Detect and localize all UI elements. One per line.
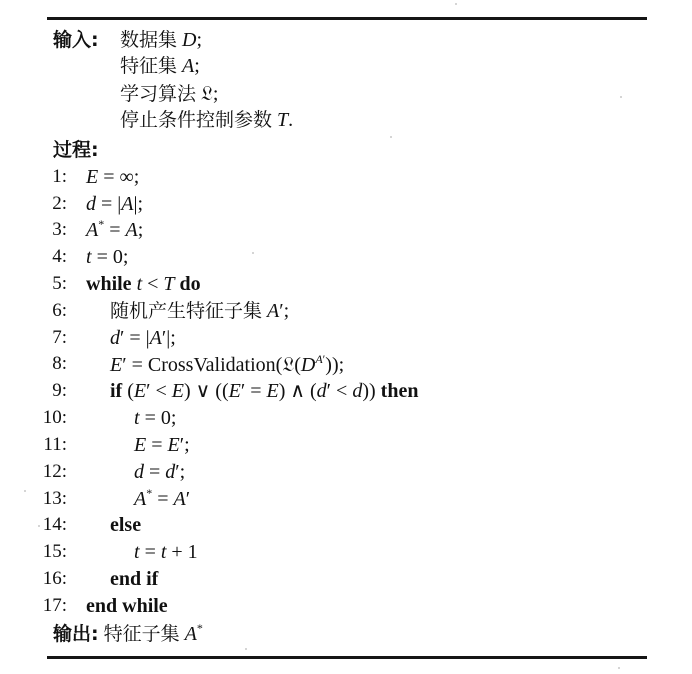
- line-code: d = |A|;: [86, 191, 143, 217]
- input-label: 输入:: [53, 29, 99, 51]
- algorithm-line-17: 17: end while: [0, 593, 692, 619]
- scan-speck: [390, 136, 392, 138]
- output-text: 特征子集: [104, 623, 180, 645]
- line-code: E′ = CrossValidation(𝔏(DA′));: [110, 351, 344, 378]
- line-code: else: [110, 512, 141, 538]
- line-code: end while: [86, 593, 168, 619]
- line-code: end if: [110, 566, 158, 592]
- line-code: d = d′;: [134, 459, 185, 485]
- bottom-rule: [47, 656, 647, 659]
- top-rule: [47, 17, 647, 20]
- input-row-1: 输入:: [53, 27, 99, 53]
- output-label: 输出:: [53, 623, 99, 645]
- scan-speck: [24, 490, 26, 492]
- scan-speck: [245, 648, 247, 650]
- output-row: 输出: 特征子集 A*: [53, 621, 203, 647]
- line-code: t = 0;: [86, 244, 128, 270]
- algorithm-line-15: 15: t = t + 1: [0, 539, 692, 565]
- scan-speck: [620, 96, 622, 98]
- line-code: t = t + 1: [134, 539, 198, 565]
- line-code: E = ∞;: [86, 164, 139, 190]
- scan-speck: [455, 3, 457, 5]
- algorithm-line-4: 4: t = 0;: [0, 244, 692, 270]
- algorithm-line-12: 12: d = d′;: [0, 459, 692, 485]
- input-item-learning-algorithm: 学习算法 𝔏;: [120, 80, 218, 106]
- algorithm-line-3: 3: A* = A;: [0, 217, 692, 243]
- line-code: E = E′;: [134, 432, 190, 458]
- line-code: 随机产生特征子集 A′;: [110, 298, 289, 324]
- input-item-stop-parameter: 停止条件控制参数 T.: [120, 107, 293, 133]
- input-item-featureset: 特征集 A;: [120, 53, 200, 79]
- algorithm-line-2: 2: d = |A|;: [0, 191, 692, 217]
- algorithm-line-9: 9: if (E′ < E) ∨ ((E′ = E) ∧ (d′ < d)) t…: [0, 378, 692, 404]
- algorithm-line-1: 1: E = ∞;: [0, 164, 692, 190]
- line-code: A* = A′: [134, 486, 190, 512]
- scan-speck: [38, 525, 40, 527]
- line-code: t = 0;: [134, 405, 176, 431]
- process-heading: 过程:: [53, 137, 99, 163]
- algorithm-line-5: 5: while t < T do: [0, 271, 692, 297]
- algorithm-line-6: 6: 随机产生特征子集 A′;: [0, 298, 692, 324]
- line-code: if (E′ < E) ∨ ((E′ = E) ∧ (d′ < d)) then: [110, 378, 418, 404]
- algorithm-line-8: 8: E′ = CrossValidation(𝔏(DA′));: [0, 351, 692, 377]
- input-item-dataset: 数据集 D;: [120, 27, 202, 53]
- line-code: A* = A;: [86, 217, 143, 243]
- line-code: while t < T do: [86, 271, 201, 297]
- scan-speck: [618, 667, 620, 669]
- line-code: d′ = |A′|;: [110, 325, 176, 351]
- output-symbol: A: [185, 623, 197, 645]
- scan-speck: [252, 252, 254, 254]
- algorithm-line-11: 11: E = E′;: [0, 432, 692, 458]
- algorithm-line-16: 16: end if: [0, 566, 692, 592]
- algorithm-line-10: 10: t = 0;: [0, 405, 692, 431]
- algorithm-line-13: 13: A* = A′: [0, 486, 692, 512]
- algorithm-line-7: 7: d′ = |A′|;: [0, 325, 692, 351]
- algorithm-line-14: 14: else: [0, 512, 692, 538]
